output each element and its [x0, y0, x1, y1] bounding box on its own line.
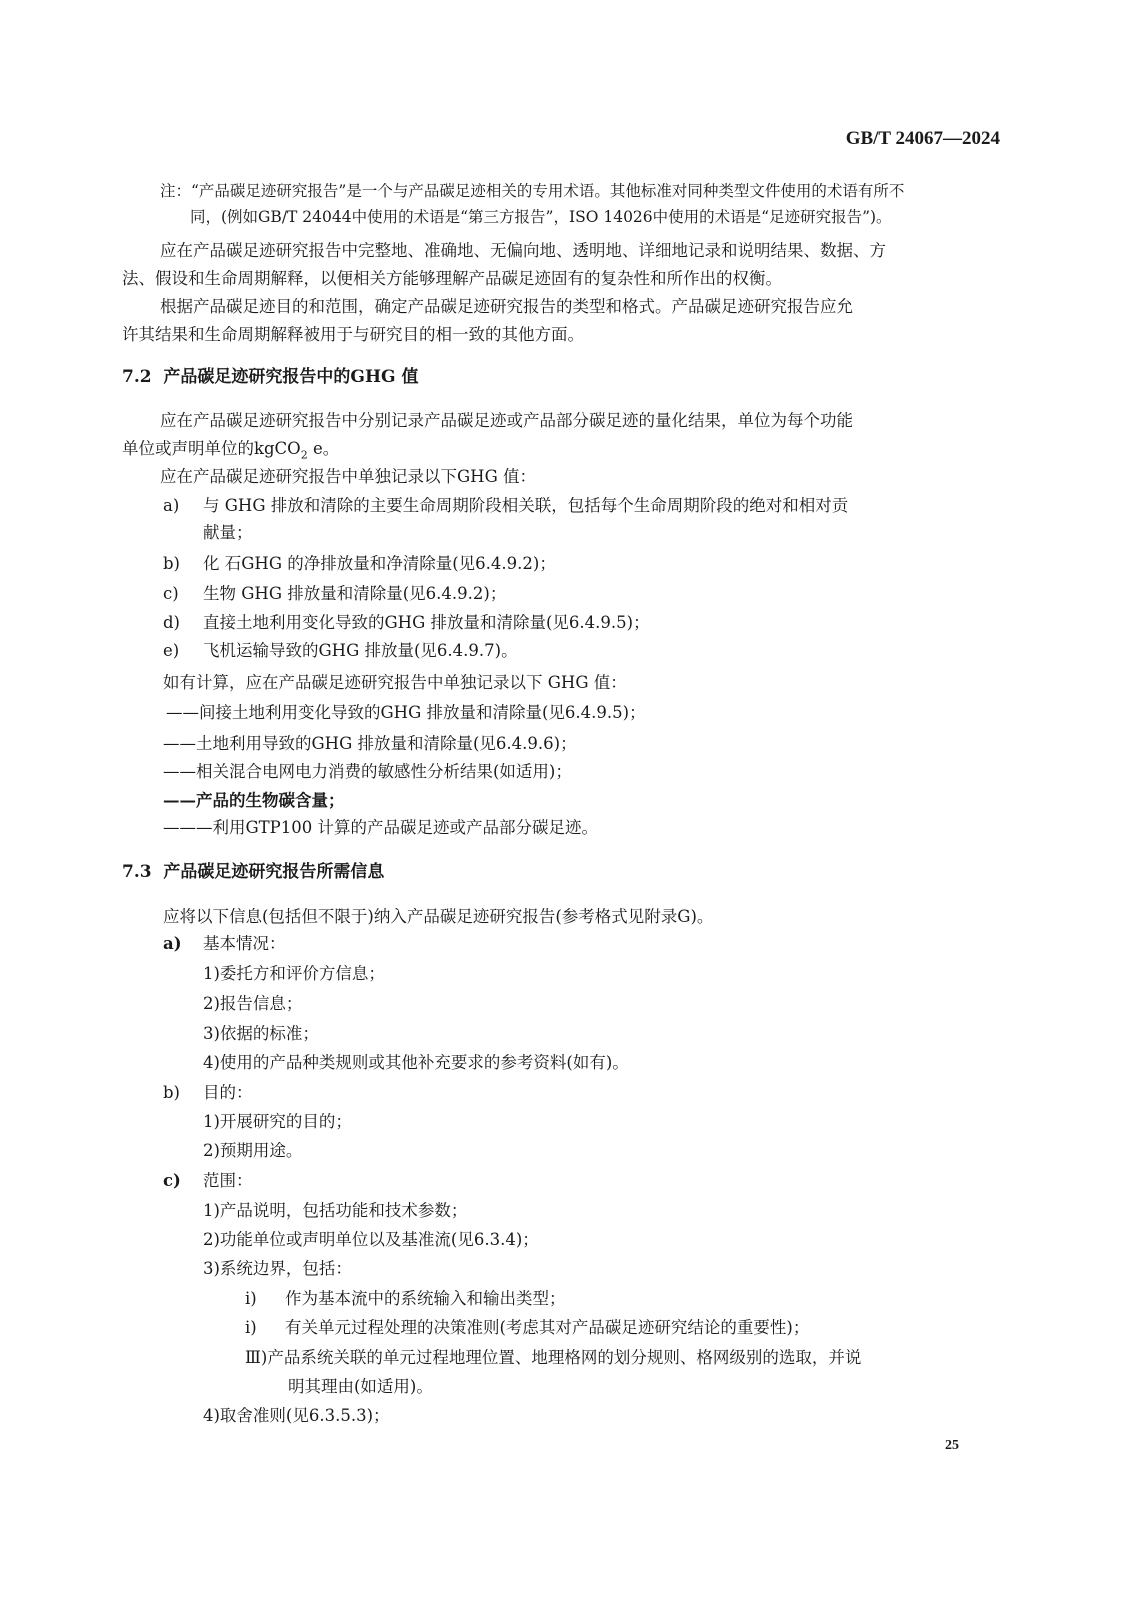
s72-item-b-label: b) — [163, 553, 180, 575]
s73-intro: 应将以下信息(包括但不限于)纳入产品碳足迹研究报告(参考格式见附录G)。 — [163, 906, 713, 928]
s73-c-sub-1-text: 作为基本流中的系统输入和输出类型； — [285, 1288, 566, 1310]
page-number: 25 — [945, 1438, 959, 1454]
s73-b-title: 目的： — [203, 1082, 253, 1104]
s73-c-sub-2-text: 有关单元过程处理的决策准则(考虑其对产品碳足迹研究结论的重要性)； — [285, 1317, 809, 1339]
s72-dash-item-3: ——相关混合电网电力消费的敏感性分析结果(如适用)； — [163, 761, 572, 783]
unit-text: 单位或声明单位的kgCO — [122, 439, 301, 458]
s72-para-2: 应在产品碳足迹研究报告中单独记录以下GHG 值： — [160, 466, 536, 488]
intro-para-1-line-2: 法、假设和生命周期解释，以便相关方能够理解产品碳足迹固有的复杂性和所作出的权衡。 — [122, 268, 782, 290]
note-line-2: 同，(例如GB/T 24044中使用的术语是“第三方报告”，ISO 14026中… — [190, 206, 892, 228]
unit-suffix: e。 — [308, 439, 340, 458]
s73-c-title: 范围： — [203, 1170, 253, 1192]
s73-c-sub-3-line-2: 明其理由(如适用)。 — [288, 1376, 433, 1398]
s72-item-a-line-1: 与 GHG 排放和清除的主要生命周期阶段相关联，包括每个生命周期阶段的绝对和相对… — [203, 495, 848, 517]
s73-c-label: c) — [163, 1170, 181, 1192]
intro-para-1-line-1: 应在产品碳足迹研究报告中完整地、准确地、无偏向地、透明地、详细地记录和说明结果、… — [160, 240, 886, 262]
s73-c-item-2: 2)功能单位或声明单位以及基准流(见6.3.4)； — [203, 1229, 539, 1251]
s73-c-sub-2-label: i) — [245, 1317, 257, 1339]
s73-a-title: 基本情况： — [203, 933, 286, 955]
section-title: 产品碳足迹研究报告所需信息 — [163, 862, 384, 882]
s72-para-1-line-1: 应在产品碳足迹研究报告中分别记录产品碳足迹或产品部分碳足迹的量化结果，单位为每个… — [160, 410, 853, 432]
intro-para-2-line-1: 根据产品碳足迹目的和范围，确定产品碳足迹研究报告的类型和格式。产品碳足迹研究报告… — [160, 296, 853, 318]
s72-item-c-label: c) — [163, 583, 179, 605]
s72-item-b-text: 化 石GHG 的净排放量和净清除量(见6.4.9.2)； — [203, 553, 556, 575]
s72-item-a-line-2: 献量； — [203, 522, 253, 544]
s73-a-item-3: 3)依据的标准； — [203, 1023, 319, 1045]
s72-item-d-label: d) — [163, 612, 180, 634]
s73-c-sub-3-line-1: Ⅲ)产品系统关联的单元过程地理位置、地理格网的划分规则、格网级别的选取，并说 — [245, 1347, 861, 1369]
unit-subscript: 2 — [301, 448, 308, 461]
s72-para-3: 如有计算，应在产品碳足迹研究报告中单独记录以下 GHG 值： — [163, 672, 627, 694]
section-number: 7.2 — [122, 367, 152, 387]
s72-item-c-text: 生物 GHG 排放量和清除量(见6.4.9.2)； — [203, 583, 506, 605]
s72-item-a-label: a) — [163, 495, 179, 517]
s73-b-item-2: 2)预期用途。 — [203, 1140, 302, 1162]
s73-c-item-4: 4)取舍准则(见6.3.5.3)； — [203, 1405, 390, 1427]
document-page: GB/T 24067—2024 注：“产品碳足迹研究报告”是一个与产品碳足迹相关… — [0, 0, 1131, 1600]
s72-para-1-line-2: 单位或声明单位的kgCO2 e。 — [122, 438, 339, 466]
s72-dash-item-4: ——产品的生物碳含量； — [163, 790, 345, 812]
s73-a-item-1: 1)委托方和评价方信息； — [203, 963, 385, 985]
section-7-3-heading: 7.3 产品碳足迹研究报告所需信息 — [122, 861, 384, 883]
s72-dash-item-5: ———利用GTP100 计算的产品碳足迹或产品部分碳足迹。 — [163, 817, 598, 839]
note-line-1: 注：“产品碳足迹研究报告”是一个与产品碳足迹相关的专用术语。其他标准对同种类型文… — [160, 180, 904, 202]
s73-a-item-2: 2)报告信息； — [203, 993, 302, 1015]
section-number: 7.3 — [122, 862, 152, 882]
section-7-2-heading: 7.2 产品碳足迹研究报告中的GHG 值 — [122, 366, 418, 388]
s73-c-sub-1-label: i) — [245, 1288, 257, 1310]
s73-b-label: b) — [163, 1082, 180, 1104]
s72-item-e-text: 飞机运输导致的GHG 排放量(见6.4.9.7)。 — [203, 640, 518, 662]
s73-a-label: a) — [163, 933, 182, 955]
intro-para-2-line-2: 许其结果和生命周期解释被用于与研究目的相一致的其他方面。 — [122, 324, 584, 346]
s72-dash-item-1: ——间接土地利用变化导致的GHG 排放量和清除量(见6.4.9.5)； — [166, 702, 646, 724]
s72-item-d-text: 直接土地利用变化导致的GHG 排放量和清除量(见6.4.9.5)； — [203, 612, 650, 634]
section-title: 产品碳足迹研究报告中的GHG 值 — [163, 367, 418, 387]
standard-id-header: GB/T 24067—2024 — [846, 128, 1000, 150]
s72-dash-item-2: ——土地利用导致的GHG 排放量和清除量(见6.4.9.6)； — [163, 733, 577, 755]
s73-a-item-4: 4)使用的产品种类规则或其他补充要求的参考资料(如有)。 — [203, 1052, 629, 1074]
s72-item-e-label: e) — [163, 640, 179, 662]
s73-b-item-1: 1)开展研究的目的； — [203, 1111, 352, 1133]
s73-c-item-1: 1)产品说明，包括功能和技术参数； — [203, 1200, 467, 1222]
s73-c-item-3: 3)系统边界，包括： — [203, 1258, 352, 1280]
